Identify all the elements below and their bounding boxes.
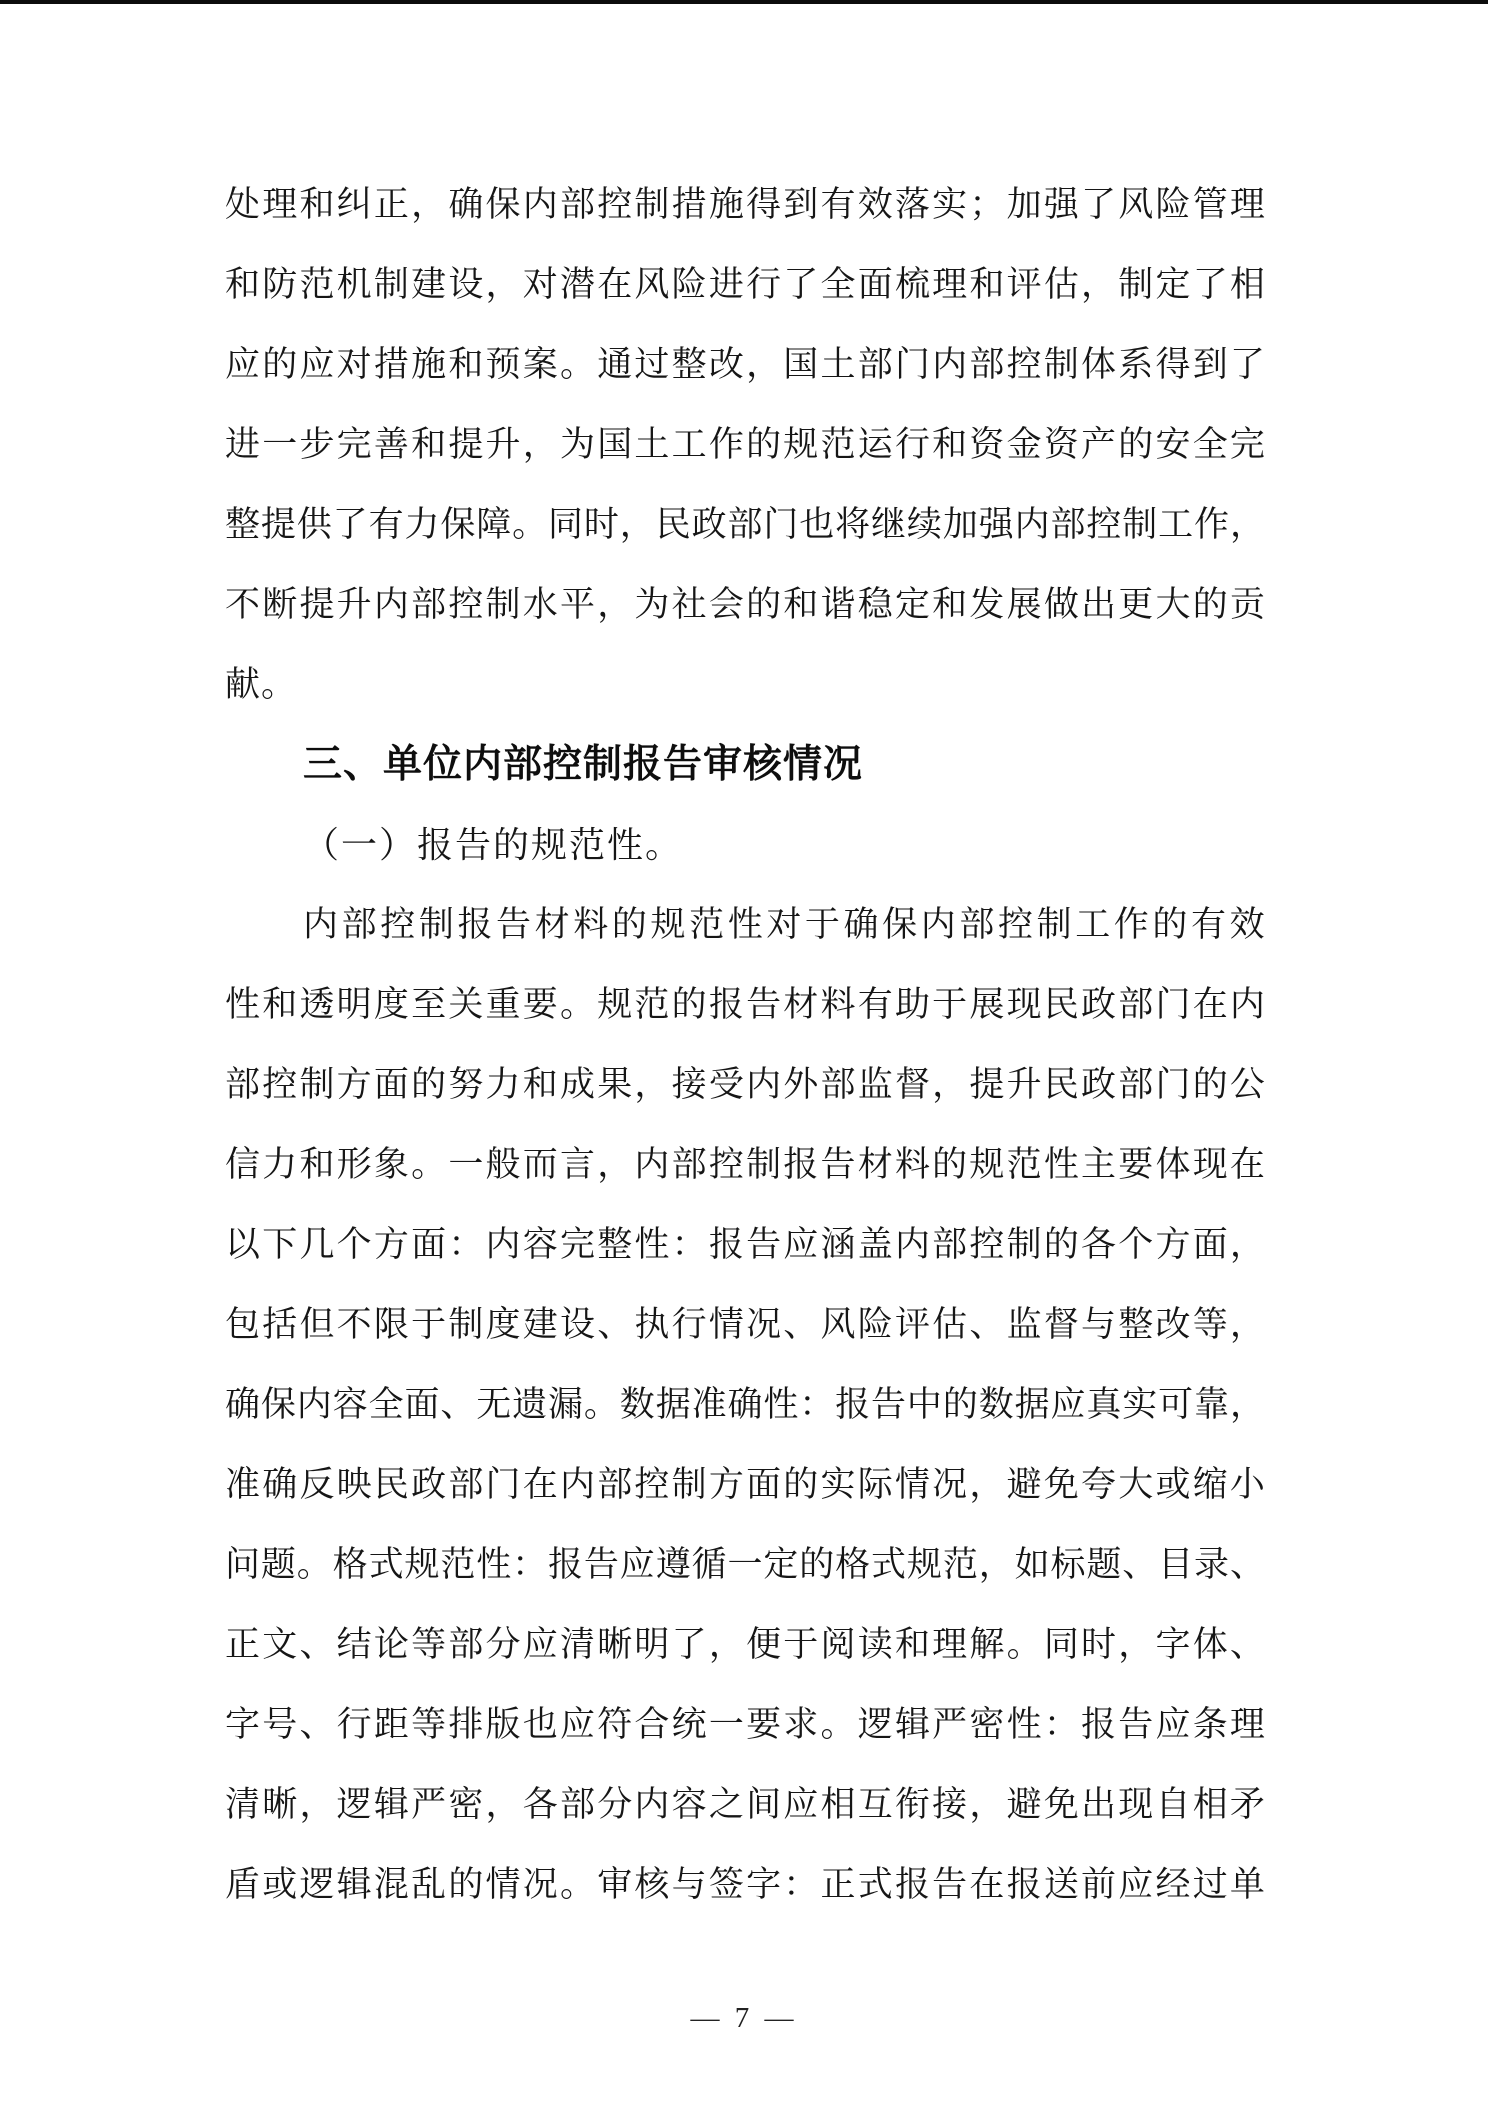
text-line: 和防范机制建设，对潜在风险进行了全面梳理和评估，制定了相 bbox=[225, 245, 1265, 325]
text-line: 性和透明度至关重要。规范的报告材料有助于展现民政部门在内 bbox=[225, 965, 1265, 1045]
text-line: 内部控制报告材料的规范性对于确保内部控制工作的有效 bbox=[225, 885, 1265, 965]
text-line: 准确反映民政部门在内部控制方面的实际情况，避免夸大或缩小 bbox=[225, 1445, 1265, 1525]
text-line: 包括但不限于制度建设、执行情况、风险评估、监督与整改等， bbox=[225, 1285, 1265, 1365]
text-line: 以下几个方面：内容完整性：报告应涵盖内部控制的各个方面， bbox=[225, 1205, 1265, 1285]
text-line: 整提供了有力保障。同时，民政部门也将继续加强内部控制工作， bbox=[225, 485, 1265, 565]
text-line: 正文、结论等部分应清晰明了，便于阅读和理解。同时，字体、 bbox=[225, 1605, 1265, 1685]
text-line: 盾或逻辑混乱的情况。审核与签字：正式报告在报送前应经过单 bbox=[225, 1845, 1265, 1925]
text-line: 进一步完善和提升，为国土工作的规范运行和资金资产的安全完 bbox=[225, 405, 1265, 485]
document-body: 处理和纠正，确保内部控制措施得到有效落实；加强了风险管理和防范机制建设，对潜在风… bbox=[225, 165, 1265, 1925]
section-heading: 三、单位内部控制报告审核情况 bbox=[225, 725, 1265, 805]
page-footer: — 7 — bbox=[0, 2002, 1488, 2035]
text-line: 应的应对措施和预案。通过整改，国土部门内部控制体系得到了 bbox=[225, 325, 1265, 405]
text-line: 清晰，逻辑严密，各部分内容之间应相互衔接，避免出现自相矛 bbox=[225, 1765, 1265, 1845]
text-line: 不断提升内部控制水平，为社会的和谐稳定和发展做出更大的贡 bbox=[225, 565, 1265, 645]
text-line: 信力和形象。一般而言，内部控制报告材料的规范性主要体现在 bbox=[225, 1125, 1265, 1205]
subsection-heading: （一）报告的规范性。 bbox=[225, 805, 1265, 885]
text-line: 部控制方面的努力和成果，接受内外部监督，提升民政部门的公 bbox=[225, 1045, 1265, 1125]
page-number: — 7 — bbox=[691, 2002, 798, 2034]
text-line: 问题。格式规范性：报告应遵循一定的格式规范，如标题、目录、 bbox=[225, 1525, 1265, 1605]
text-line: 字号、行距等排版也应符合统一要求。逻辑严密性：报告应条理 bbox=[225, 1685, 1265, 1765]
text-line: 处理和纠正，确保内部控制措施得到有效落实；加强了风险管理 bbox=[225, 165, 1265, 245]
scan-edge-artifact bbox=[0, 0, 1488, 4]
paragraph-continuation: 处理和纠正，确保内部控制措施得到有效落实；加强了风险管理和防范机制建设，对潜在风… bbox=[225, 165, 1265, 725]
text-line: 献。 bbox=[225, 645, 1265, 725]
text-line: 确保内容全面、无遗漏。数据准确性：报告中的数据应真实可靠， bbox=[225, 1365, 1265, 1445]
paragraph-body: 内部控制报告材料的规范性对于确保内部控制工作的有效性和透明度至关重要。规范的报告… bbox=[225, 885, 1265, 1925]
